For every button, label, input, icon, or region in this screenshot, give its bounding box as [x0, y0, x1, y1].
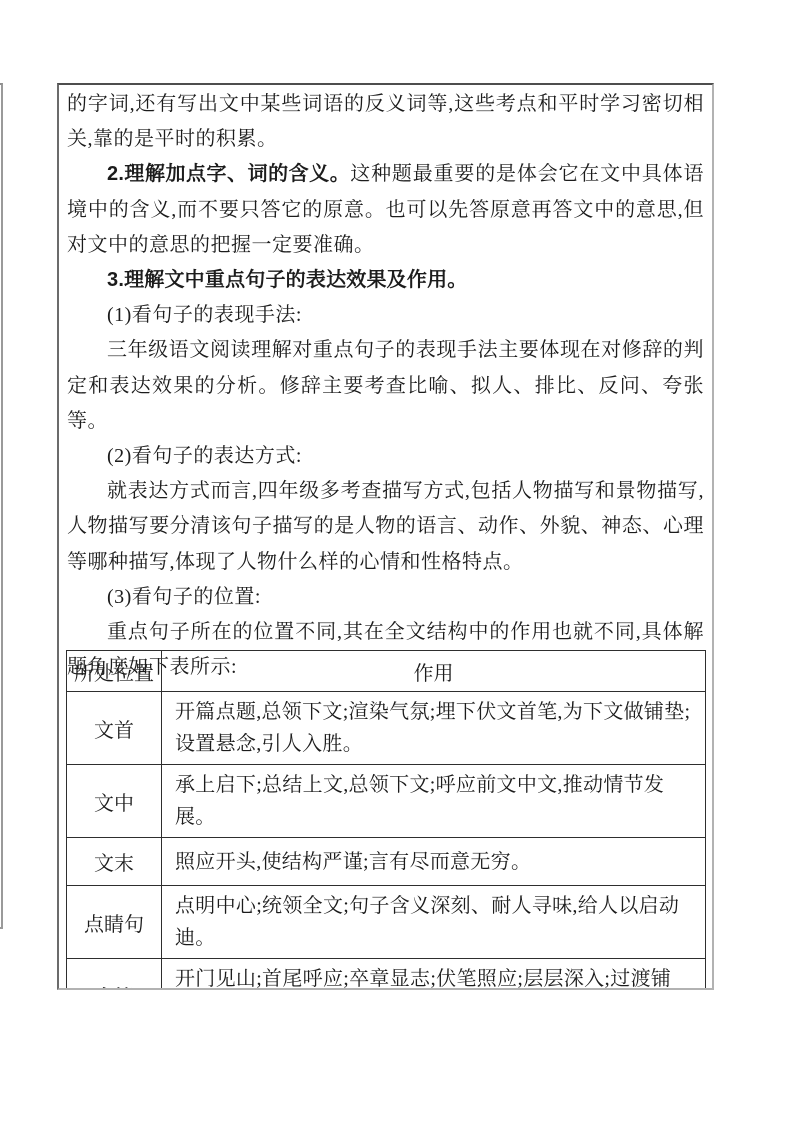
table-row: 文末 照应开头,使结构严谨;言有尽而意无穷。	[67, 838, 706, 886]
paragraph-text: 就表达方式而言,四年级多考查描写方式,包括人物描写和景物描写,人物描写要分清该句…	[67, 480, 704, 572]
paragraph-text: (2)看句子的表达方式:	[107, 445, 302, 467]
table-row: 点睛句 点明中心;统领全文;句子含义深刻、耐人寻味,给人以启动迪。	[67, 886, 706, 959]
position-cell: 全篇	[67, 959, 162, 991]
position-cell: 文末	[67, 838, 162, 886]
table-header-position: 所处位置	[67, 651, 162, 692]
left-page-edge-line	[0, 83, 3, 929]
table-row: 全篇 开门见山;首尾呼应;卒章显志;伏笔照应;层层深入;过渡铺垫;设置悬念;曲折…	[67, 959, 706, 991]
position-cell: 点睛句	[67, 886, 162, 959]
body-paragraph: (1)看句子的表现手法:	[67, 298, 704, 333]
body-paragraph: 的字词,还有写出文中某些词语的反义词等,这些考点和平时学习密切相关,靠的是平时的…	[67, 87, 704, 157]
effect-cell: 开篇点题,总领下文;渲染气氛;埋下伏文首笔,为下文做铺垫;设置悬念,引人入胜。	[162, 692, 706, 765]
body-paragraph: (3)看句子的位置:	[67, 580, 704, 615]
sentence-position-table: 所处位置 作用 文首 开篇点题,总领下文;渲染气氛;埋下伏文首笔,为下文做铺垫;…	[66, 650, 706, 990]
table-row: 文中 承上启下;总结上文,总领下文;呼应前文中文,推动情节发展。	[67, 765, 706, 838]
body-paragraph: 3.理解文中重点句子的表达效果及作用。	[67, 263, 704, 298]
paragraph-text: (3)看句子的位置:	[107, 586, 261, 608]
table-row: 文首 开篇点题,总领下文;渲染气氛;埋下伏文首笔,为下文做铺垫;设置悬念,引人入…	[67, 692, 706, 765]
position-cell: 文首	[67, 692, 162, 765]
body-paragraph: 就表达方式而言,四年级多考查描写方式,包括人物描写和景物描写,人物描写要分清该句…	[67, 474, 704, 580]
effect-cell: 开门见山;首尾呼应;卒章显志;伏笔照应;层层深入;过渡铺垫;设置悬念;曲折有致;…	[162, 959, 706, 991]
document-page: 的字词,还有写出文中某些词语的反义词等,这些考点和平时学习密切相关,靠的是平时的…	[0, 0, 793, 1122]
table-header-effect: 作用	[162, 651, 706, 692]
paragraph-bold-label: 3.理解文中重点句子的表达效果及作用。	[107, 269, 467, 291]
paragraph-text: (1)看句子的表现手法:	[107, 304, 302, 326]
document-content-box: 的字词,还有写出文中某些词语的反义词等,这些考点和平时学习密切相关,靠的是平时的…	[57, 83, 714, 990]
table-header-row: 所处位置 作用	[67, 651, 706, 692]
body-paragraph: (2)看句子的表达方式:	[67, 439, 704, 474]
paragraph-text: 三年级语文阅读理解对重点句子的表现手法主要体现在对修辞的判定和表达效果的分析。修…	[67, 339, 704, 431]
position-cell: 文中	[67, 765, 162, 838]
body-paragraph: 2.理解加点字、词的含义。这种题最重要的是体会它在文中具体语境中的含义,而不要只…	[67, 157, 704, 263]
effect-cell: 承上启下;总结上文,总领下文;呼应前文中文,推动情节发展。	[162, 765, 706, 838]
effect-cell: 照应开头,使结构严谨;言有尽而意无穷。	[162, 838, 706, 886]
paragraph-text: 的字词,还有写出文中某些词语的反义词等,这些考点和平时学习密切相关,靠的是平时的…	[67, 93, 704, 150]
body-paragraph: 三年级语文阅读理解对重点句子的表现手法主要体现在对修辞的判定和表达效果的分析。修…	[67, 333, 704, 439]
paragraph-bold-label: 2.理解加点字、词的含义。	[107, 163, 350, 185]
effect-cell: 点明中心;统领全文;句子含义深刻、耐人寻味,给人以启动迪。	[162, 886, 706, 959]
